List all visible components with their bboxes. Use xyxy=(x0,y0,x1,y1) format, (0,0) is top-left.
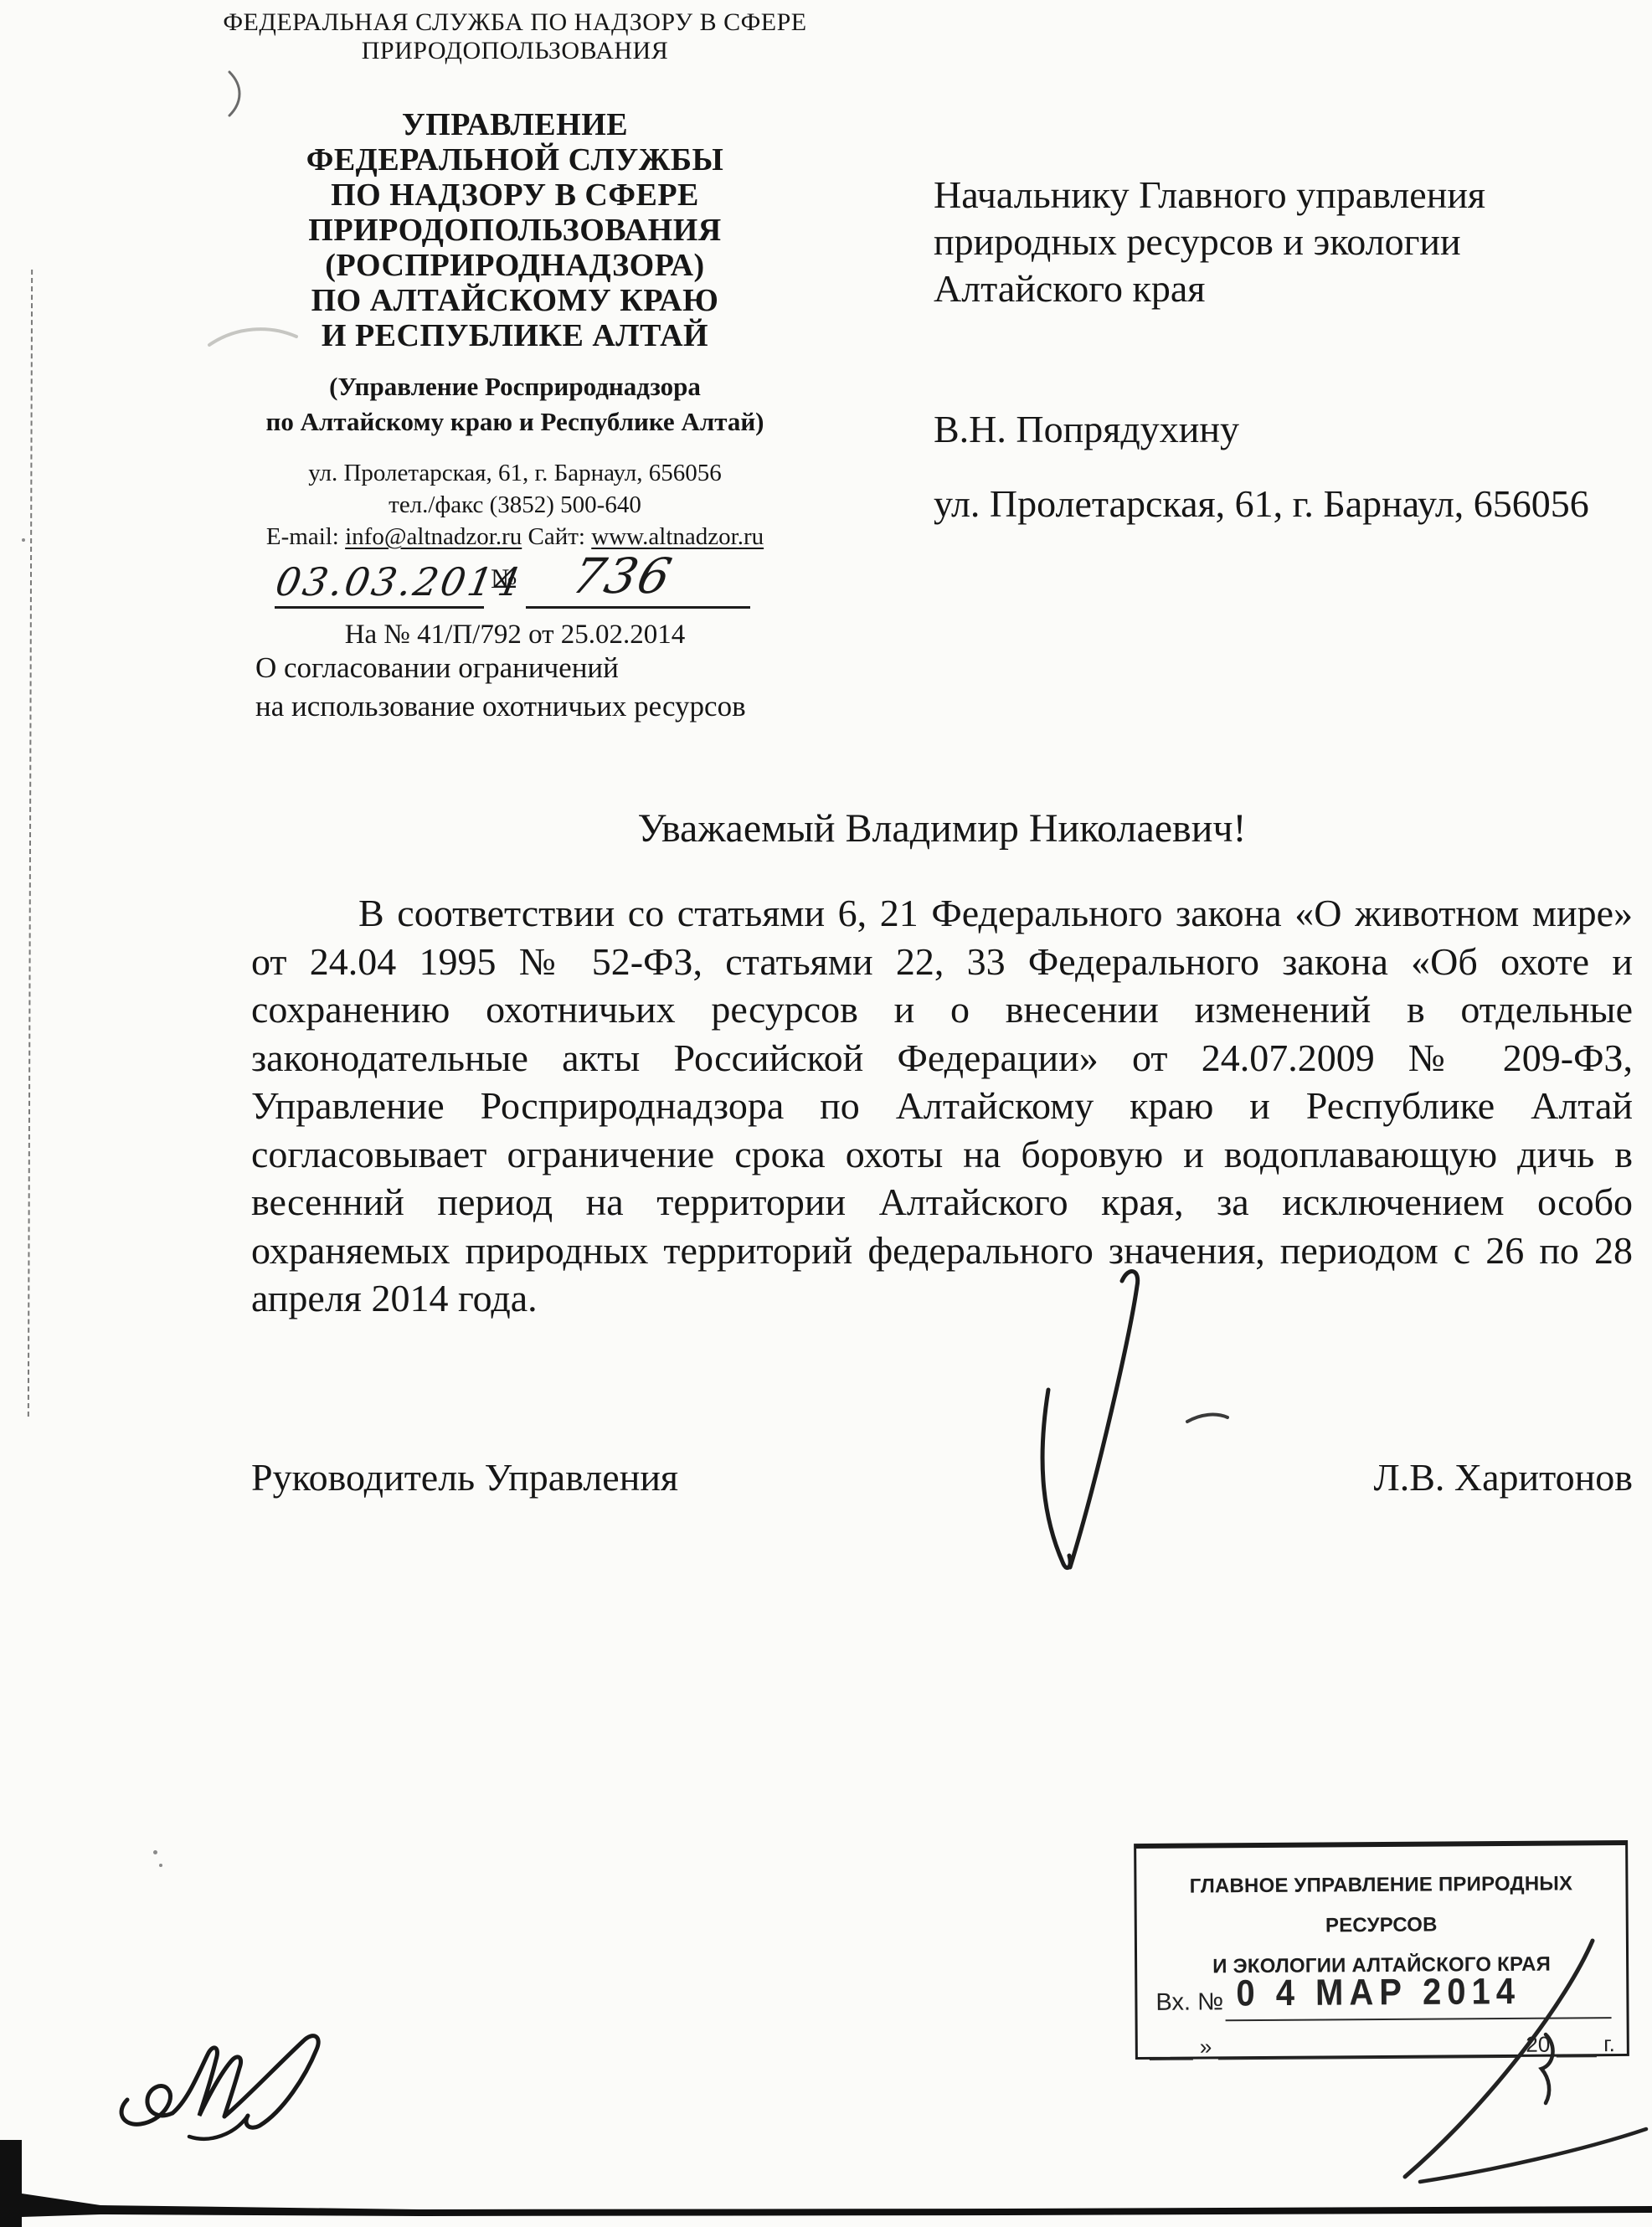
department-line: И РЕСПУБЛИКЕ АЛТАЙ xyxy=(151,318,879,353)
email-label: E-mail: xyxy=(266,523,339,550)
subject-block: О согласовании ограничений на использова… xyxy=(255,649,892,726)
org-address: ул. Пролетарская, 61, г. Барнаул, 656056 xyxy=(151,457,879,489)
recipient-name: В.Н. Попрядухину xyxy=(934,406,1652,453)
recipient-title-line3: Алтайского края xyxy=(934,265,1652,312)
outgoing-number-handwritten: 736 xyxy=(567,548,679,604)
letterhead: ФЕДЕРАЛЬНАЯ СЛУЖБА ПО НАДЗОРУ В СФЕРЕ ПР… xyxy=(151,8,879,651)
recipient-title-line1: Начальнику Главного управления xyxy=(934,172,1652,219)
department-name: УПРАВЛЕНИЕ ФЕДЕРАЛЬНОЙ СЛУЖБЫ ПО НАДЗОРУ… xyxy=(151,107,879,353)
recipient-block: Начальнику Главного управления природных… xyxy=(934,172,1652,527)
signature-mark xyxy=(996,1256,1331,1599)
org-phone: тел./факс (3852) 500-640 xyxy=(151,489,879,521)
recipient-address: ул. Пролетарская, 61, г. Барнаул, 656056 xyxy=(934,481,1652,527)
department-line: ПРИРОДОПОЛЬЗОВАНИЯ xyxy=(151,213,879,248)
org-email: info@altnadzor.ru xyxy=(345,523,522,550)
signer-title: Руководитель Управления xyxy=(251,1455,678,1499)
outgoing-date-handwritten: 03.03.2014 xyxy=(272,559,526,604)
scan-speck xyxy=(159,1864,162,1867)
stamp-quote-mark: » xyxy=(1200,2034,1212,2060)
incoming-number-label: Вх. № xyxy=(1155,1988,1223,2017)
handwritten-scribble xyxy=(109,2018,360,2143)
department-line: УПРАВЛЕНИЕ xyxy=(151,107,879,142)
recipient-title-line2: природных ресурсов и экологии xyxy=(934,219,1652,265)
department-line: ПО АЛТАЙСКОМУ КРАЮ xyxy=(151,283,879,318)
scan-speck xyxy=(153,1850,157,1854)
number-sign: № xyxy=(491,564,517,595)
org-address-block: ул. Пролетарская, 61, г. Барнаул, 656056… xyxy=(151,457,879,553)
subject-line2: на использование охотничьих ресурсов xyxy=(255,687,892,726)
site-label: Сайт: xyxy=(528,523,585,550)
reference-number-line: На № 41/П/792 от 25.02.2014 xyxy=(151,618,879,651)
scan-edge-artifact xyxy=(28,270,33,1417)
org-website: www.altnadzor.ru xyxy=(591,523,764,550)
stamp-blank-line xyxy=(1150,2037,1193,2060)
department-line: ФЕДЕРАЛЬНОЙ СЛУЖБЫ xyxy=(151,142,879,177)
number-underline xyxy=(526,606,750,609)
scan-speck xyxy=(22,538,25,542)
body-paragraph: В соответствии со статьями 6, 21 Федерал… xyxy=(251,889,1633,1323)
org-short-name: (Управление Росприроднадзора по Алтайско… xyxy=(151,369,879,440)
subject-line1: О согласовании ограничений xyxy=(255,649,892,687)
agency-name-line1: ФЕДЕРАЛЬНАЯ СЛУЖБА ПО НАДЗОРУ В СФЕРЕ xyxy=(151,8,879,37)
org-contacts: E-mail: info@altnadzor.ru Сайт: www.altn… xyxy=(151,521,879,553)
org-short-name-line1: (Управление Росприроднадзора xyxy=(151,369,879,404)
salutation: Уважаемый Владимир Николаевич! xyxy=(251,805,1633,851)
date-underline xyxy=(275,606,484,609)
department-line: (РОСПРИРОДНАДЗОРА) xyxy=(151,248,879,283)
org-short-name-line2: по Алтайскому краю и Республике Алтай) xyxy=(151,404,879,440)
outgoing-number-row: 03.03.2014 № 736 xyxy=(151,553,879,616)
scan-bottom-edge-artifact xyxy=(0,2127,1652,2227)
agency-name-line2: ПРИРОДОПОЛЬЗОВАНИЯ xyxy=(151,37,879,65)
scanned-letter-page: ФЕДЕРАЛЬНАЯ СЛУЖБА ПО НАДЗОРУ В СФЕРЕ ПР… xyxy=(0,0,1652,2227)
department-line: ПО НАДЗОРУ В СФЕРЕ xyxy=(151,177,879,213)
